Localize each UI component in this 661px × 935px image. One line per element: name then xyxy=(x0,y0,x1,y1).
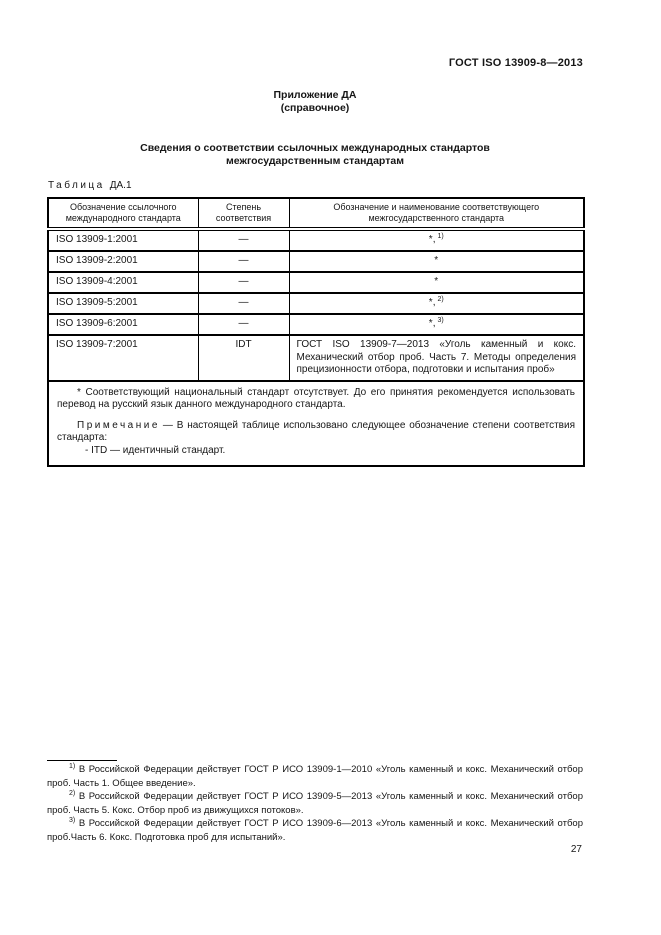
table-footnote-star: * Соответствующий национальный стандарт … xyxy=(57,387,575,412)
reference-cell: ISO 13909-6:2001 xyxy=(48,314,198,335)
degree-cell: — xyxy=(198,272,289,293)
degree-cell: — xyxy=(198,314,289,335)
match-text: *, xyxy=(429,318,436,329)
page-number: 27 xyxy=(571,844,582,855)
match-footnote-ref: 3) xyxy=(437,317,443,324)
table-footer: * Соответствующий национальный стандарт … xyxy=(48,381,584,467)
footnotes-block: 1) В Российской Федерации действует ГОСТ… xyxy=(47,763,583,844)
reference-cell: ISO 13909-7:2001 xyxy=(48,335,198,381)
footnote-item: 2) В Российской Федерации действует ГОСТ… xyxy=(47,790,583,817)
table-note: Примечание— В настоящей таблице использо… xyxy=(57,420,575,445)
col-header-reference: Обозначение ссылочного международного ст… xyxy=(48,198,198,229)
reference-cell: ISO 13909-4:2001 xyxy=(48,272,198,293)
table-row: ISO 13909-4:2001—* xyxy=(48,272,584,293)
footnote-marker: 1) xyxy=(69,763,75,770)
table-caption-word: Таблица xyxy=(48,180,105,191)
footnote-separator xyxy=(47,760,117,761)
doc-code: ГОСТ ISO 13909-8—2013 xyxy=(449,57,583,69)
table-note-label: Примечание xyxy=(77,420,160,431)
table-caption: ТаблицаДА.1 xyxy=(48,180,132,191)
col-header-match: Обозначение и наименование соответствующ… xyxy=(289,198,584,229)
col-header-degree: Степень соответствия xyxy=(198,198,289,229)
match-text: * xyxy=(434,255,438,266)
standards-table: Обозначение ссылочного международного ст… xyxy=(47,197,585,467)
match-cell: ГОСТ ISO 13909-7—2013 «Уголь каменный и … xyxy=(289,335,584,381)
annex-heading: Приложение ДА (справочное) xyxy=(47,89,583,115)
table-note-item: - ITD — идентичный стандарт. xyxy=(57,445,575,458)
table-row: ISO 13909-1:2001—*,1) xyxy=(48,229,584,251)
footnote-item: 3) В Российской Федерации действует ГОСТ… xyxy=(47,817,583,844)
footnote-item: 1) В Российской Федерации действует ГОСТ… xyxy=(47,763,583,790)
table-body: ISO 13909-1:2001—*,1)ISO 13909-2:2001—*I… xyxy=(48,229,584,381)
match-text: *, xyxy=(429,297,436,308)
section-title-line2: межгосударственным стандартам xyxy=(47,155,583,168)
reference-cell: ISO 13909-2:2001 xyxy=(48,251,198,272)
table-row: ISO 13909-7:2001IDTГОСТ ISO 13909-7—2013… xyxy=(48,335,584,381)
section-title-line1: Сведения о соответствии ссылочных междун… xyxy=(47,142,583,155)
match-cell: * xyxy=(289,272,584,293)
match-footnote-ref: 2) xyxy=(437,296,443,303)
document-page: ГОСТ ISO 13909-8—2013 Приложение ДА (спр… xyxy=(0,0,661,935)
match-footnote-ref: 1) xyxy=(437,233,443,240)
table-row: ISO 13909-6:2001—*,3) xyxy=(48,314,584,335)
table-row: ISO 13909-2:2001—* xyxy=(48,251,584,272)
section-title: Сведения о соответствии ссылочных междун… xyxy=(47,142,583,168)
annex-subtitle: (справочное) xyxy=(47,102,583,115)
footnote-marker: 3) xyxy=(69,817,75,824)
table-caption-number: ДА.1 xyxy=(110,180,132,191)
table-row: ISO 13909-5:2001—*,2) xyxy=(48,293,584,314)
match-text: ГОСТ ISO 13909-7—2013 «Уголь каменный и … xyxy=(297,339,577,375)
match-text: *, xyxy=(429,234,436,245)
match-cell: *,3) xyxy=(289,314,584,335)
degree-cell: — xyxy=(198,229,289,251)
footnote-marker: 2) xyxy=(69,790,75,797)
match-cell: *,2) xyxy=(289,293,584,314)
table-header: Обозначение ссылочного международного ст… xyxy=(48,198,584,229)
match-cell: *,1) xyxy=(289,229,584,251)
table-footnote-cell: * Соответствующий национальный стандарт … xyxy=(48,381,584,467)
degree-cell: — xyxy=(198,251,289,272)
match-text: * xyxy=(434,276,438,287)
degree-cell: — xyxy=(198,293,289,314)
degree-cell: IDT xyxy=(198,335,289,381)
annex-title: Приложение ДА xyxy=(47,89,583,102)
reference-cell: ISO 13909-1:2001 xyxy=(48,229,198,251)
match-cell: * xyxy=(289,251,584,272)
reference-cell: ISO 13909-5:2001 xyxy=(48,293,198,314)
